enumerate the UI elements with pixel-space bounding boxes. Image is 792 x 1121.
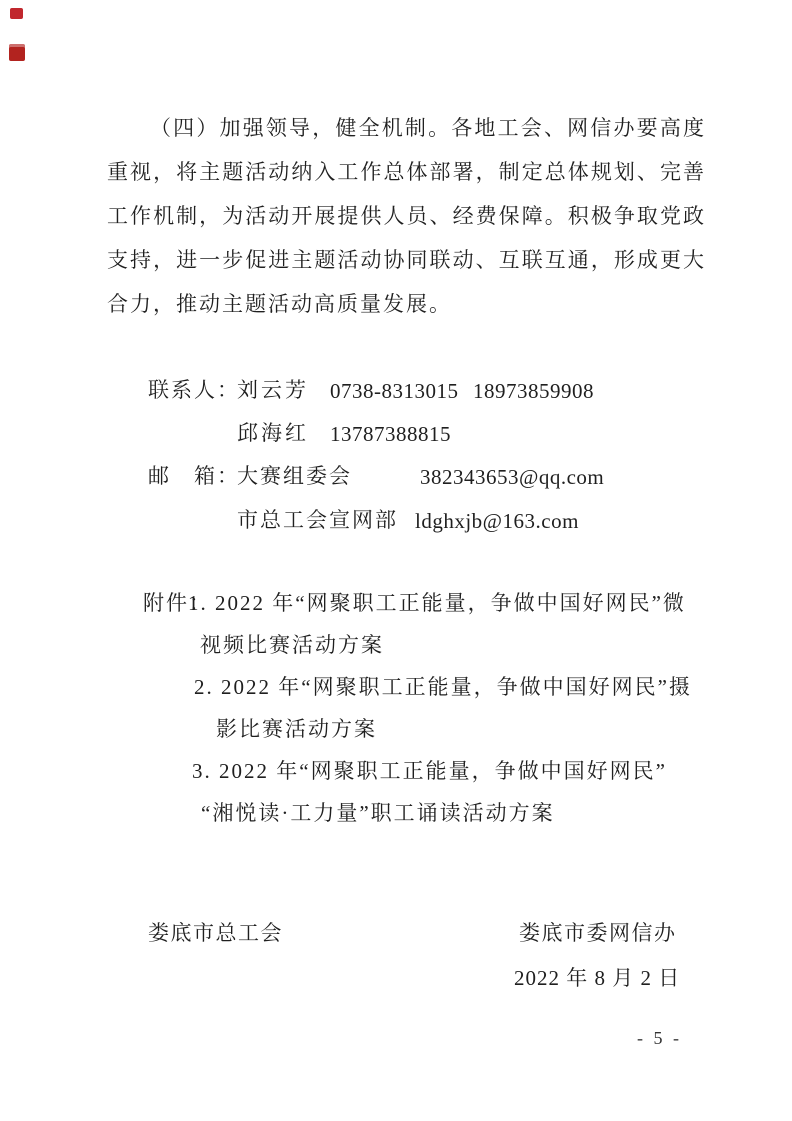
contact-person-1-phone-2: 18973859908	[473, 377, 594, 405]
red-stamp-fragment-icon	[9, 44, 25, 61]
paragraph-line-3: 工作机制，为活动开展提供人员、经费保障。积极争取党政	[107, 202, 705, 230]
contact-person-1-phone-1: 0738-8313015	[330, 377, 459, 405]
paragraph-line-5: 合力，推动主题活动高质量发展。	[107, 290, 705, 318]
contact-person-2-name: 邱海红	[237, 419, 309, 447]
contact-label: 联系人：	[148, 376, 240, 404]
mailbox-1-address: 382343653@qq.com	[420, 463, 604, 491]
contact-person-2-phone: 13787388815	[330, 420, 451, 448]
mailbox-2-name: 市总工会宣网部	[237, 506, 398, 534]
page-number: - 5 -	[637, 1024, 682, 1052]
mailbox-label: 邮 箱：	[148, 462, 240, 490]
red-stamp-fragment-icon	[10, 8, 23, 19]
attachment-1-line-2: 视频比赛活动方案	[200, 631, 384, 659]
mailbox-1-name: 大赛组委会	[237, 462, 352, 490]
document-page: （四）加强领导，健全机制。各地工会、网信办要高度 重视，将主题活动纳入工作总体部…	[0, 0, 792, 1121]
paragraph-line-4: 支持，进一步促进主题活动协同联动、互联互通，形成更大	[107, 246, 705, 274]
signature-left-org: 娄底市总工会	[148, 919, 283, 947]
attachment-2-line-1: 2. 2022 年“网聚职工正能量，争做中国好网民”摄	[194, 673, 692, 701]
paragraph-line-1: （四）加强领导，健全机制。各地工会、网信办要高度	[107, 114, 705, 142]
contact-person-1-name: 刘云芳	[237, 376, 309, 404]
signature-right-org: 娄底市委网信办	[519, 919, 677, 947]
attachment-3-line-2: “湘悦读·工力量”职工诵读活动方案	[201, 799, 555, 827]
attachment-3-line-1: 3. 2022 年“网聚职工正能量，争做中国好网民”	[192, 757, 667, 785]
attachment-2-line-2: 影比赛活动方案	[216, 715, 377, 743]
mailbox-2-address: ldghxjb@163.com	[415, 507, 579, 535]
attachment-1-line-1: 1. 2022 年“网聚职工正能量，争做中国好网民”微	[188, 589, 686, 617]
paragraph-line-2: 重视，将主题活动纳入工作总体部署，制定总体规划、完善	[107, 158, 705, 186]
document-date: 2022 年 8 月 2 日	[514, 964, 680, 992]
